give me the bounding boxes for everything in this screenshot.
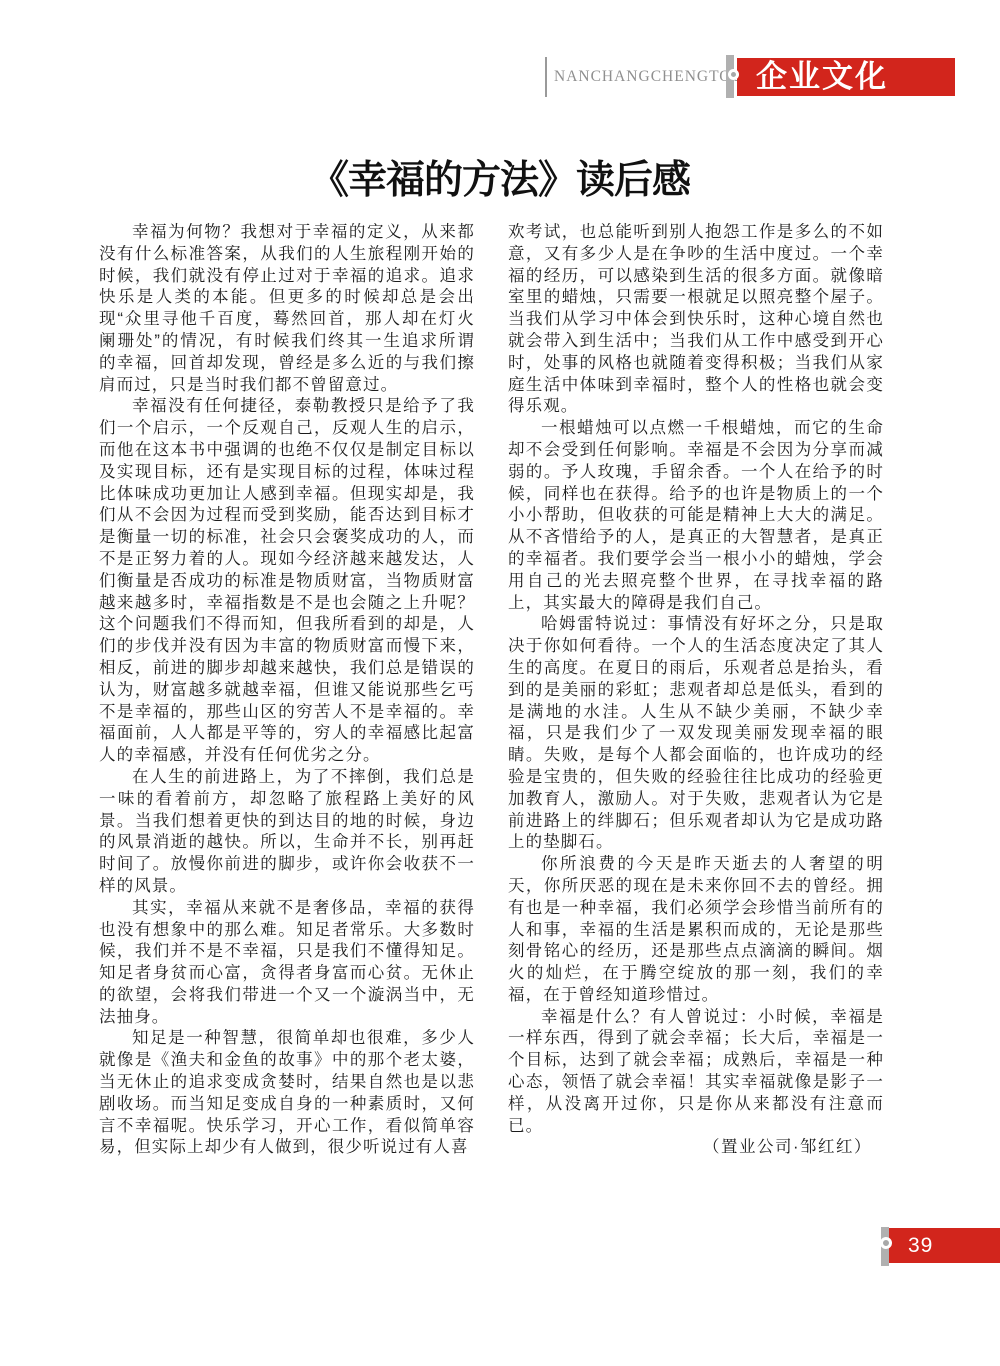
article-body: 幸福为何物？我想对于幸福的定义，从来都没有什么标准答案，从我们的人生旅程刚开始的… <box>99 222 884 1159</box>
paragraph: 欢考试，也总能听到别人抱怨工作是多么的不如意，又有多少人是在争吵的生活中度过。一… <box>508 222 884 418</box>
page-number: 39 <box>889 1228 933 1263</box>
paragraph: 知足是一种智慧，很简单却也很难，多少人就像是《渔夫和金鱼的故事》中的那个老太婆，… <box>99 1028 475 1159</box>
magazine-page: NANCHANGCHENGTOU 企业文化 《幸福的方法》读后感 幸福为何物？我… <box>0 0 1000 1366</box>
paragraph: 在人生的前进路上，为了不摔倒，我们总是一味的看着前方，却忽略了旅程路上美好的风景… <box>99 767 475 898</box>
left-column: 幸福为何物？我想对于幸福的定义，从来都没有什么标准答案，从我们的人生旅程刚开始的… <box>99 222 475 1159</box>
banner-dot-icon <box>728 69 739 80</box>
paragraph: 你所浪费的今天是昨天逝去的人奢望的明天，你所厌恶的现在是未来你回不去的曾经。拥有… <box>508 854 884 1007</box>
brand-text: NANCHANGCHENGTOU <box>545 57 744 97</box>
page-header: NANCHANGCHENGTOU 企业文化 <box>0 0 1000 120</box>
footer-dot-icon <box>880 1237 892 1249</box>
right-column: 欢考试，也总能听到别人抱怨工作是多么的不如意，又有多少人是在争吵的生活中度过。一… <box>508 222 884 1159</box>
paragraph: 幸福是什么？有人曾说过：小时候，幸福是一样东西，得到了就会幸福；长大后，幸福是一… <box>508 1007 884 1138</box>
paragraph: 哈姆雷特说过：事情没有好坏之分，只是取决于你如何看待。一个人的生活态度决定了其人… <box>508 614 884 854</box>
paragraph: 幸福为何物？我想对于幸福的定义，从来都没有什么标准答案，从我们的人生旅程刚开始的… <box>99 222 475 396</box>
byline: （置业公司·邹红红） <box>508 1137 884 1159</box>
article-title: 《幸福的方法》读后感 <box>0 149 1000 205</box>
page-number-block: 39 <box>889 1228 1000 1263</box>
section-banner: 企业文化 <box>737 58 955 96</box>
section-title: 企业文化 <box>737 58 888 96</box>
paragraph: 其实，幸福从来就不是奢侈品，幸福的获得也没有想象中的那么难。知足者常乐。大多数时… <box>99 898 475 1029</box>
paragraph: 一根蜡烛可以点燃一千根蜡烛，而它的生命却不会受到任何影响。幸福是不会因为分享而减… <box>508 418 884 614</box>
paragraph: 幸福没有任何捷径，泰勒教授只是给予了我们一个启示，一个反观自己，反观人生的启示，… <box>99 396 475 767</box>
